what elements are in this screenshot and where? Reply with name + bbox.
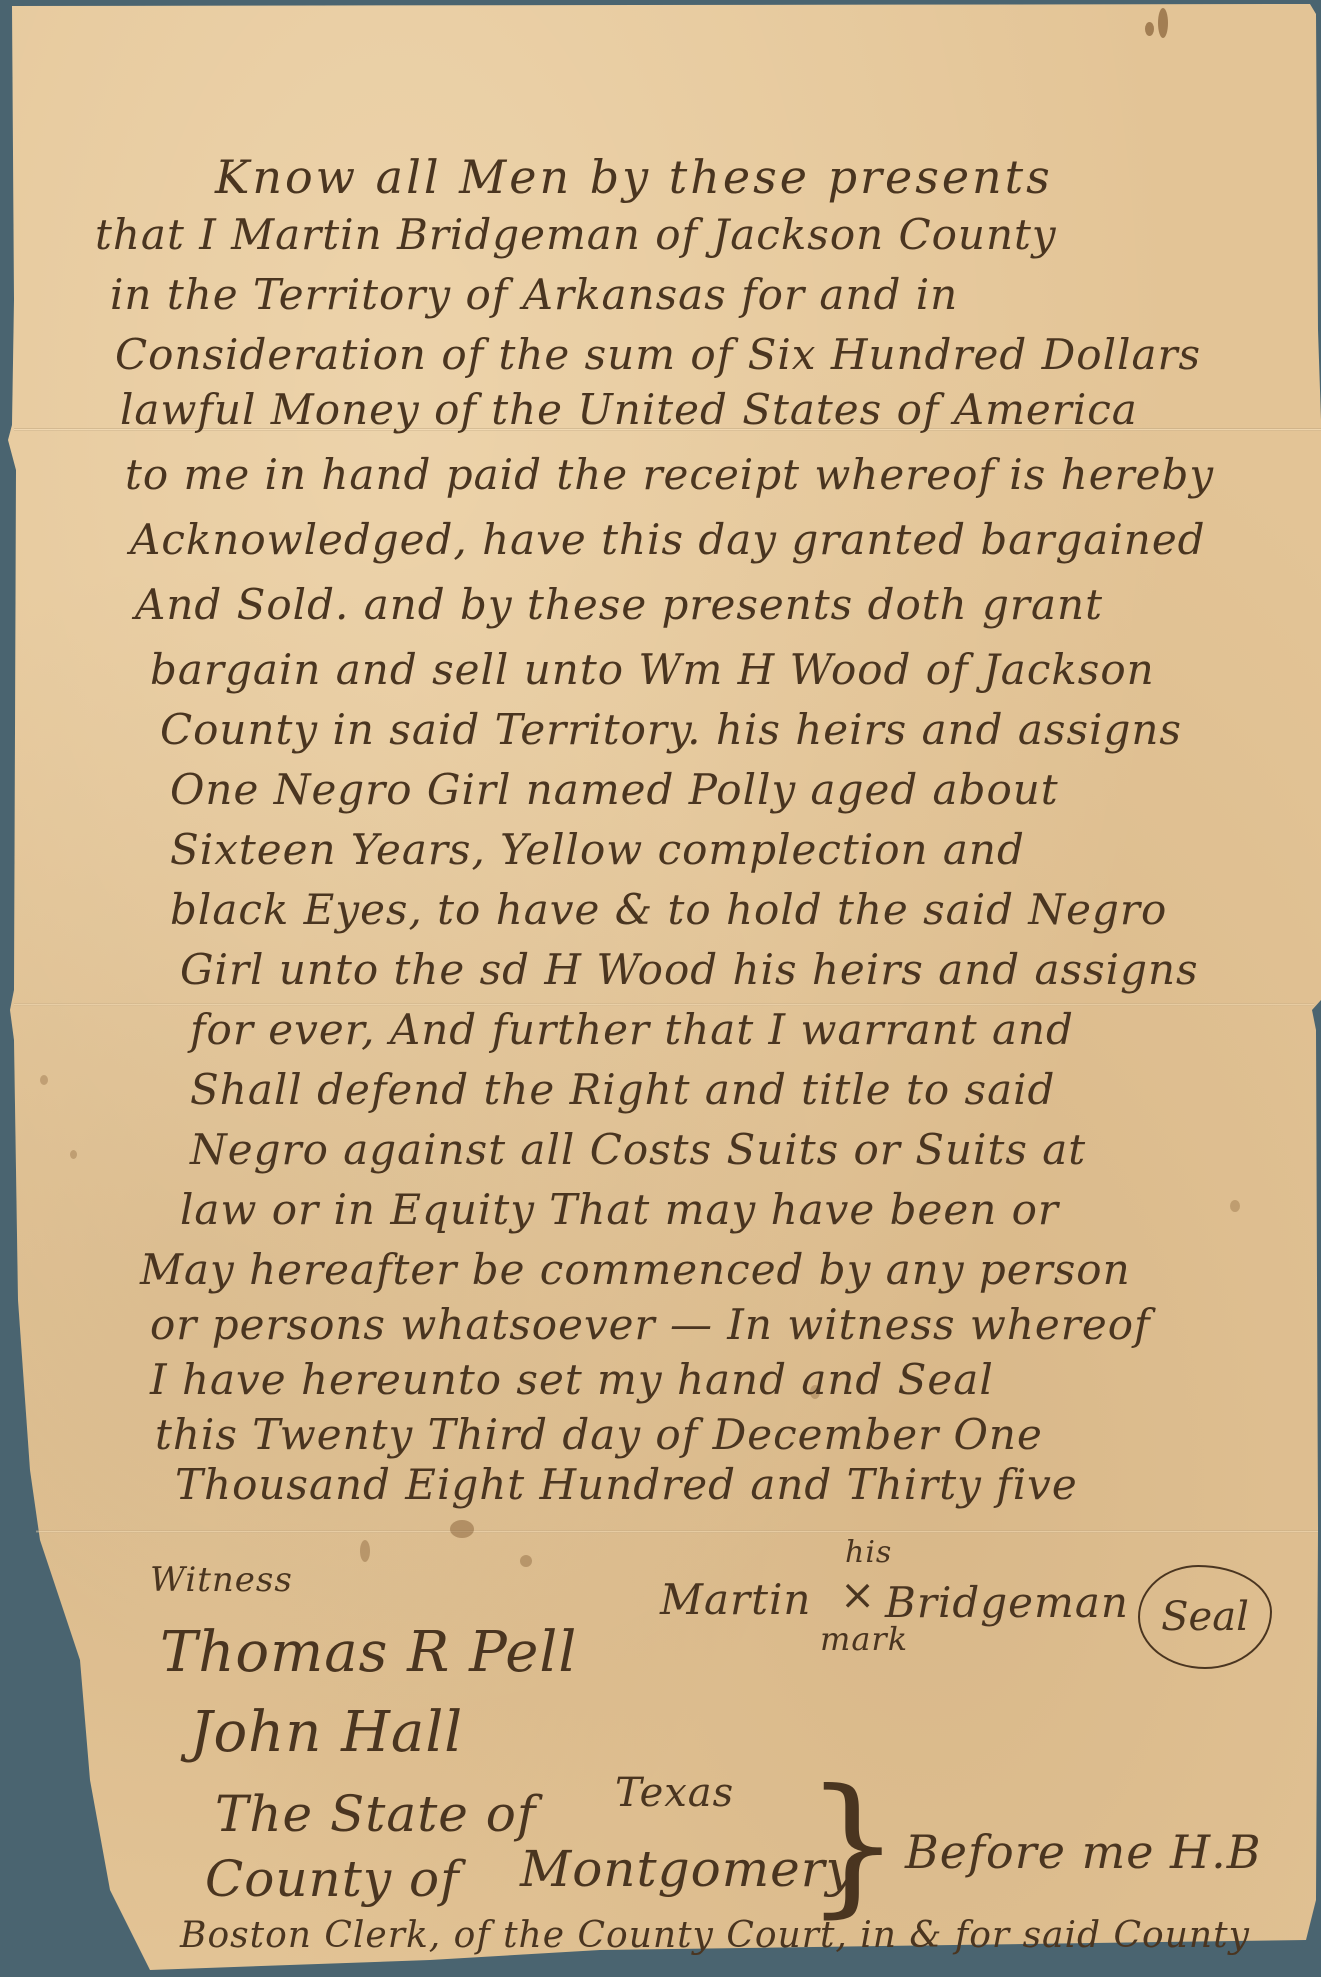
- body-line: this Twenty Third day of December One: [155, 1410, 1043, 1459]
- ack-state-name: Texas: [615, 1770, 734, 1816]
- ink-stain: [520, 1555, 532, 1567]
- grantor-mark-symbol: ×: [840, 1570, 876, 1619]
- body-line: in the Territory of Arkansas for and in: [110, 270, 958, 319]
- body-line: Sixteen Years, Yellow complection and: [170, 825, 1025, 874]
- body-line: And Sold. and by these presents doth gra…: [135, 580, 1103, 629]
- body-line: for ever, And further that I warrant and: [190, 1005, 1074, 1054]
- ack-clerk-line: Boston Clerk, of the County Court, in & …: [180, 1915, 1250, 1956]
- body-line: bargain and sell unto Wm H Wood of Jacks…: [150, 645, 1155, 694]
- body-line: I have hereunto set my hand and Seal: [150, 1355, 994, 1404]
- ink-stain: [1230, 1200, 1240, 1212]
- body-line: Thousand Eight Hundred and Thirty five: [175, 1460, 1078, 1509]
- body-line: to me in hand paid the receipt whereof i…: [125, 450, 1214, 499]
- body-line: Acknowledged, have this day granted barg…: [130, 515, 1206, 564]
- document-heading: Know all Men by these presents: [215, 150, 1053, 204]
- body-line: One Negro Girl named Polly aged about: [170, 765, 1059, 814]
- ink-stain: [1158, 8, 1168, 38]
- ink-stain: [450, 1520, 474, 1538]
- body-line: Shall defend the Right and title to said: [190, 1065, 1055, 1114]
- body-line: May hereafter be commenced by any person: [140, 1245, 1131, 1294]
- ink-stain: [40, 1075, 48, 1085]
- grantor-last-name: Bridgeman: [885, 1578, 1129, 1627]
- fold-line-lower: [36, 1530, 1318, 1533]
- ink-stain: [360, 1540, 370, 1562]
- grantor-first-name: Martin: [660, 1575, 811, 1624]
- body-line: or persons whatsoever — In witness where…: [150, 1300, 1151, 1349]
- ink-stain: [70, 1150, 77, 1159]
- witness-label: Witness: [150, 1560, 293, 1600]
- body-line: County in said Territory. his heirs and …: [160, 705, 1182, 754]
- body-line: Consideration of the sum of Six Hundred …: [115, 330, 1201, 379]
- body-line: Girl unto the sd H Wood his heirs and as…: [180, 945, 1199, 994]
- seal-label: Seal: [1161, 1594, 1249, 1640]
- ink-stain: [1145, 22, 1154, 36]
- witness-signature-john-hall: John Hall: [190, 1700, 463, 1765]
- ack-county-prefix: County of: [205, 1850, 460, 1908]
- witness-signature-thomas-pell: Thomas R Pell: [160, 1620, 577, 1685]
- ack-county-name: Montgomery: [520, 1840, 855, 1898]
- body-line: Negro against all Costs Suits or Suits a…: [190, 1125, 1086, 1174]
- ack-before-me: Before me H.B: [905, 1825, 1262, 1879]
- grantor-mark-label: mark: [820, 1620, 908, 1658]
- body-line: law or in Equity That may have been or: [180, 1185, 1059, 1234]
- body-line: black Eyes, to have & to hold the said N…: [170, 885, 1167, 934]
- grantor-his-label: his: [845, 1535, 892, 1570]
- body-line: that I Martin Bridgeman of Jackson Count…: [95, 210, 1057, 259]
- body-line: lawful Money of the United States of Ame…: [120, 385, 1138, 434]
- ack-state-prefix: The State of: [215, 1785, 536, 1843]
